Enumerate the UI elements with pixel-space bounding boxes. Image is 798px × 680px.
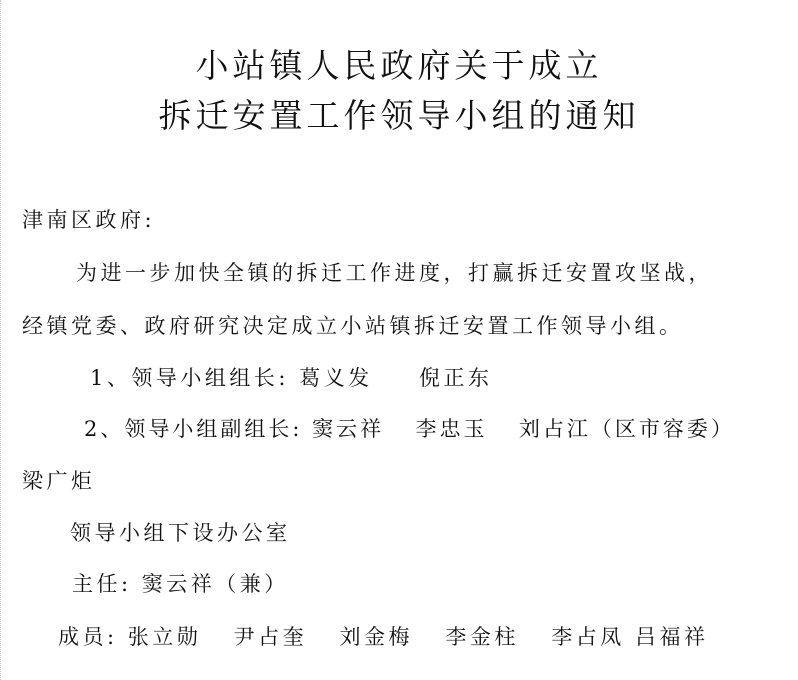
title-line-1: 小站镇人民政府关于成立 bbox=[0, 40, 798, 87]
director-value: 窦云祥（兼） bbox=[142, 572, 289, 596]
title-line-2: 拆迁安置工作领导小组的通知 bbox=[0, 90, 798, 137]
director-label: 主任: bbox=[72, 572, 132, 596]
member-2: 尹占奎 bbox=[234, 625, 308, 649]
item-1-name-2: 倪正东 bbox=[419, 366, 493, 390]
paragraph-1-line-1: 为进一步加快全镇的拆迁工作进度，打赢拆迁安置攻坚战， bbox=[76, 257, 713, 287]
addressee: 津南区政府: bbox=[22, 204, 155, 234]
paragraph-1-line-2: 经镇党委、政府研究决定成立小站镇拆迁安置工作领导小组。 bbox=[22, 310, 684, 340]
director-line: 主任: 窦云祥（兼） bbox=[72, 568, 289, 598]
members-label: 成员: bbox=[58, 625, 118, 649]
member-6: 吕福祥 bbox=[635, 625, 709, 649]
item-2-continuation: 梁广炬 bbox=[22, 465, 96, 495]
item-1-leader: 1、领导小组组长: 葛义发 倪正东 bbox=[90, 362, 493, 392]
item-1-name-1: 葛义发 bbox=[299, 366, 373, 390]
item-2-name-2: 李忠玉 bbox=[416, 417, 488, 441]
office-heading: 领导小组下设办公室 bbox=[70, 517, 291, 547]
members-line: 成员: 张立勋 尹占奎 刘金梅 李金柱 李占凤 吕福祥 bbox=[58, 621, 708, 651]
member-5: 李占凤 bbox=[551, 625, 625, 649]
member-4: 李金柱 bbox=[445, 625, 519, 649]
item-1-label: 1、领导小组组长: bbox=[90, 366, 289, 390]
item-2-name-1: 窦云祥 bbox=[312, 417, 384, 441]
item-2-name-3: 刘占江（区市容委） bbox=[519, 417, 735, 441]
item-2-label: 2、领导小组副组长: bbox=[84, 417, 302, 441]
member-1: 张立勋 bbox=[128, 625, 202, 649]
member-3: 刘金梅 bbox=[340, 625, 414, 649]
item-2-deputy: 2、领导小组副组长: 窦云祥 李忠玉 刘占江（区市容委） bbox=[84, 413, 735, 443]
